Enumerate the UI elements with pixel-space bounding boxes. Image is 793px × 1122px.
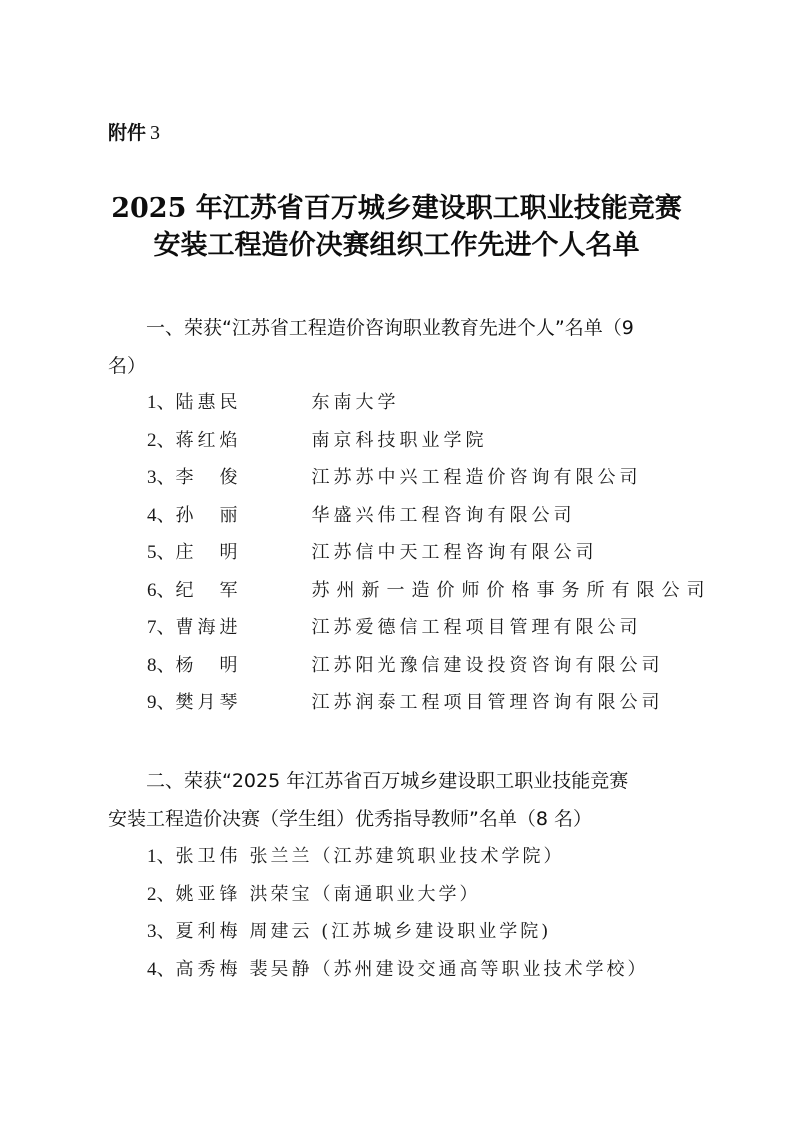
list-item: 7、曹海进江苏爱德信工程项目管理有限公司 — [147, 609, 707, 647]
item-detail: 张兰兰（江苏建筑职业技术学院） — [250, 846, 565, 867]
list-item: 1、陆惠民东南大学 — [147, 384, 707, 422]
item-name: 纪 军 — [176, 572, 312, 610]
section-1-heading-line-2: 名） — [108, 347, 690, 385]
attachment-number: 3 — [150, 122, 160, 144]
list-item: 6、纪 军苏州新一造价师价格事务所有限公司 — [147, 572, 707, 610]
advanced-individuals-list: 1、陆惠民东南大学 2、蒋红焰南京科技职业学院 3、李 俊江苏苏中兴工程造价咨询… — [147, 384, 707, 722]
section-2-heading-line-2: 安装工程造价决赛（学生组）优秀指导教师”名单（8 名） — [108, 800, 690, 838]
item-index: 1、 — [147, 384, 176, 422]
list-item: 3、李 俊江苏苏中兴工程造价咨询有限公司 — [147, 459, 707, 497]
list-item: 1、张卫伟张兰兰（江苏建筑职业技术学院） — [147, 838, 707, 876]
list-item: 9、樊月琴江苏润泰工程项目管理咨询有限公司 — [147, 684, 707, 722]
item-name: 蒋红焰 — [176, 422, 312, 460]
item-index: 2、 — [147, 876, 176, 914]
item-index: 3、 — [147, 459, 176, 497]
item-organization: 苏州新一造价师价格事务所有限公司 — [312, 580, 712, 601]
item-organization: 江苏阳光豫信建设投资咨询有限公司 — [312, 655, 664, 676]
section-2-heading: 二、荣获“2025 年江苏省百万城乡建设职工职业技能竞赛 安装工程造价决赛（学生… — [108, 762, 690, 838]
item-index: 9、 — [147, 684, 176, 722]
item-organization: 东南大学 — [312, 392, 400, 413]
item-name: 李 俊 — [176, 459, 312, 497]
item-index: 4、 — [147, 951, 176, 989]
item-name: 夏利梅 — [176, 913, 250, 951]
list-item: 3、夏利梅周建云 (江苏城乡建设职业学院) — [147, 913, 707, 951]
list-item: 2、姚亚锋洪荣宝（南通职业大学） — [147, 876, 707, 914]
list-item: 4、孙 丽华盛兴伟工程咨询有限公司 — [147, 497, 707, 535]
excellent-instructors-list: 1、张卫伟张兰兰（江苏建筑职业技术学院） 2、姚亚锋洪荣宝（南通职业大学） 3、… — [147, 838, 707, 988]
item-name: 樊月琴 — [176, 684, 312, 722]
item-organization: 江苏苏中兴工程造价咨询有限公司 — [312, 467, 642, 488]
item-index: 4、 — [147, 497, 176, 535]
item-organization: 江苏信中天工程咨询有限公司 — [312, 542, 598, 563]
item-detail: 周建云 (江苏城乡建设职业学院) — [250, 921, 552, 942]
document-title-line-2: 安装工程造价决赛组织工作先进个人名单 — [0, 226, 793, 266]
section-1-heading: 一、荣获“江苏省工程造价咨询职业教育先进个人”名单（9 名） — [108, 309, 690, 385]
item-detail: 洪荣宝（南通职业大学） — [250, 884, 481, 905]
item-index: 3、 — [147, 913, 176, 951]
item-index: 6、 — [147, 572, 176, 610]
section-2-heading-line-1: 二、荣获“2025 年江苏省百万城乡建设职工职业技能竞赛 — [146, 770, 628, 792]
attachment-label: 附件3 — [108, 118, 160, 145]
attachment-text: 附件 — [108, 122, 146, 144]
section-1-heading-line-1: 一、荣获“江苏省工程造价咨询职业教育先进个人”名单（9 — [146, 317, 634, 339]
item-index: 7、 — [147, 609, 176, 647]
list-item: 8、杨 明江苏阳光豫信建设投资咨询有限公司 — [147, 647, 707, 685]
list-item: 2、蒋红焰南京科技职业学院 — [147, 422, 707, 460]
item-name: 陆惠民 — [176, 384, 312, 422]
item-name: 杨 明 — [176, 647, 312, 685]
item-index: 5、 — [147, 534, 176, 572]
item-organization: 江苏爱德信工程项目管理有限公司 — [312, 617, 642, 638]
item-organization: 江苏润泰工程项目管理咨询有限公司 — [312, 692, 664, 713]
item-name: 曹海进 — [176, 609, 312, 647]
item-name: 高秀梅 — [176, 951, 250, 989]
list-item: 5、庄 明江苏信中天工程咨询有限公司 — [147, 534, 707, 572]
item-detail: 裴吴静（苏州建设交通高等职业技术学校） — [250, 959, 649, 980]
item-name: 孙 丽 — [176, 497, 312, 535]
item-name: 姚亚锋 — [176, 876, 250, 914]
list-item: 4、高秀梅裴吴静（苏州建设交通高等职业技术学校） — [147, 951, 707, 989]
item-organization: 南京科技职业学院 — [312, 430, 488, 451]
item-index: 1、 — [147, 838, 176, 876]
item-index: 2、 — [147, 422, 176, 460]
document-title-line-1: 2025 年江苏省百万城乡建设职工职业技能竞赛 — [0, 189, 793, 229]
item-name: 庄 明 — [176, 534, 312, 572]
item-name: 张卫伟 — [176, 838, 250, 876]
item-organization: 华盛兴伟工程咨询有限公司 — [312, 505, 576, 526]
item-index: 8、 — [147, 647, 176, 685]
